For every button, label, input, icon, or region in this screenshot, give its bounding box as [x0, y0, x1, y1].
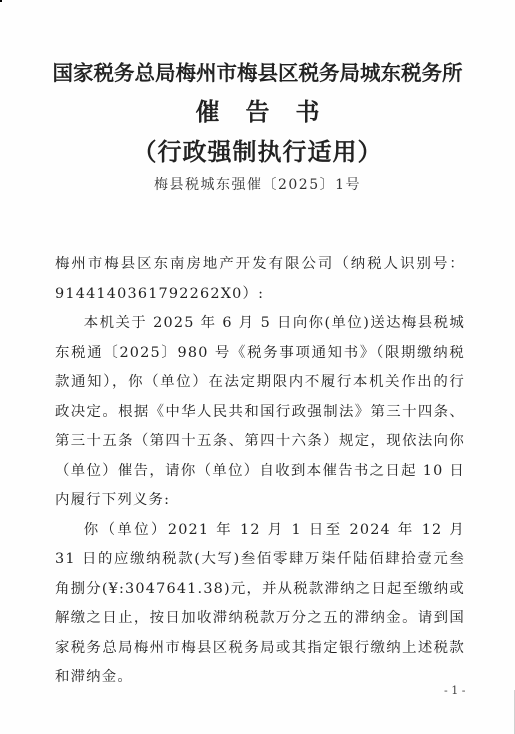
corner-mark	[0, 0, 2, 2]
recipient-line: 梅州市梅县区东南房地产开发有限公司（纳税人识别号：914414036179226…	[55, 250, 465, 309]
organization-title: 国家税务总局梅州市梅县区税务局城东税务所	[0, 56, 515, 86]
document-number: 梅县税城东强催〔2025〕1号	[0, 174, 515, 194]
document-page: 国家税务总局梅州市梅县区税务局城东税务所 催告书 （行政强制执行适用） 梅县税城…	[0, 0, 515, 734]
document-subtitle: （行政强制执行适用）	[0, 132, 515, 167]
paragraph-obligation: 你（单位）2021 年 12 月 1 日至 2024 年 12 月 31 日的应…	[55, 516, 465, 693]
document-title: 催告书	[0, 92, 515, 127]
document-body: 梅州市梅县区东南房地产开发有限公司（纳税人识别号：914414036179226…	[55, 250, 465, 693]
page-number: - 1 -	[444, 684, 465, 697]
paragraph-notice: 本机关于 2025 年 6 月 5 日向你(单位)送达梅县税城东税通〔2025〕…	[55, 309, 465, 516]
